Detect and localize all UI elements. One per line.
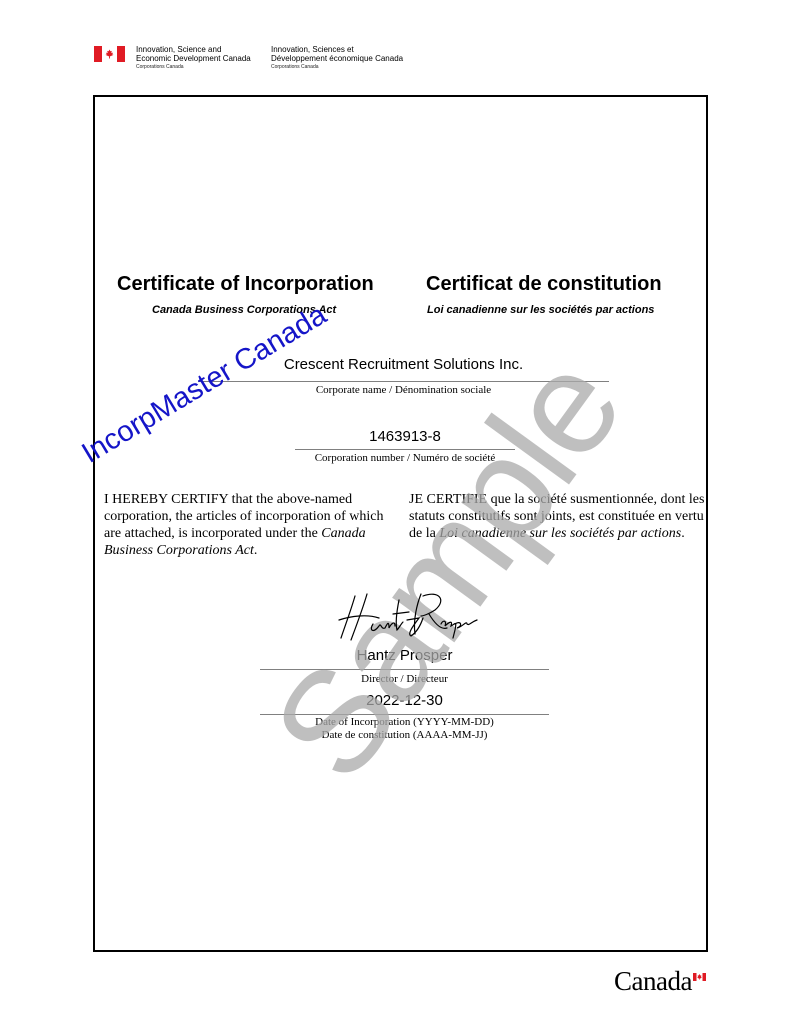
department-en-line1: Innovation, Science and xyxy=(136,45,251,54)
department-fr-line2: Développement économique Canada xyxy=(271,54,403,63)
department-name-en: Innovation, Science and Economic Develop… xyxy=(136,45,251,72)
canada-wordmark: Canada xyxy=(614,966,692,997)
department-en-sub: Corporations Canada xyxy=(136,63,251,72)
department-fr-sub: Corporations Canada xyxy=(271,63,403,72)
department-en-line2: Economic Development Canada xyxy=(136,54,251,63)
canada-flag-icon xyxy=(693,968,706,976)
title-en: Certificate of Incorporation xyxy=(117,273,374,296)
statement-en-tail: . xyxy=(254,543,258,558)
director-signature xyxy=(337,590,485,642)
canada-flag-icon xyxy=(94,46,125,62)
statement-fr-tail: . xyxy=(681,526,685,541)
department-fr-line1: Innovation, Sciences et xyxy=(271,45,403,54)
title-fr: Certificat de constitution xyxy=(426,273,662,296)
act-name-fr: Loi canadienne sur les sociétés par acti… xyxy=(427,304,654,316)
department-name-fr: Innovation, Sciences et Développement éc… xyxy=(271,45,403,72)
